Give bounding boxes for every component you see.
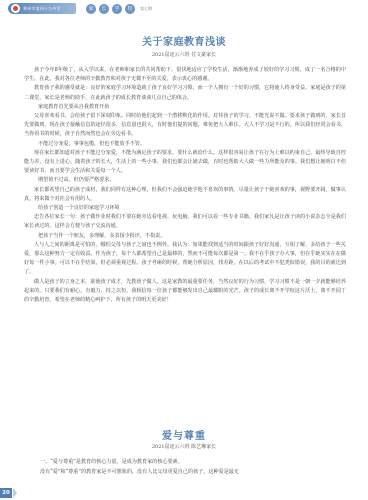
article2-byline: 2021届途云六班 陈艺琳家长 [0, 443, 368, 450]
section-heading: 家庭教育首先要从自我教育开始 [24, 103, 346, 112]
paragraph: 人与人之间的距离是可怕的，哪怕父母与孩子之间也不例外。我认为：如果能找到适当的时… [24, 241, 346, 278]
paragraph: 父母喜欢看书，会给孩子留下深刻印象。同时给他们起到一个潜移默化的作用。对待孩子的… [24, 112, 346, 140]
school-logo-icon [11, 4, 20, 13]
section-heading: 把孩子当作一个朋友，多理解，多表扬少批评，不指责。 [24, 232, 346, 241]
badge-xiao: 校 [125, 4, 135, 14]
section-heading: 期望值不过高，但仍要严格要求。 [24, 176, 346, 185]
paragraph: 教育孩子我的感受就是：良好的家庭学习环境造就了孩子良好学习习惯。而一个人拥有一个… [24, 84, 346, 102]
page-number: 20 [0, 488, 12, 498]
text-line: 一、“爱与尊重”是教育的核心力量，是成为教育家的核心要素。 [40, 458, 340, 468]
issue-label: 第七期 [140, 6, 152, 12]
school-name: 郑州市第四十九中学 [23, 6, 61, 12]
section-heading: 不能过分宠爱，事事包揽，但也不能放手不管。 [24, 140, 346, 149]
article-byline: 2021届途云六班 付文豪家长 [0, 51, 368, 58]
article-body: 孩子今年8年级了，从入学以来，在老师和家长的共同帮助下，很快地适应了学校生活，渐… [24, 66, 346, 305]
section-heading: 给孩子创造一个良好的家庭学习环境 [24, 204, 346, 213]
paragraph: 做人是孩子的立身之本，欲使孩子成才，先教孩子做人。这是家教的最重要任务，当然良好… [24, 278, 346, 306]
article2-title: 爱与尊重 [0, 427, 368, 442]
page-arrow-icon [13, 488, 17, 498]
text-line: 没有“爱”和“尊重”的教育家是不可想象的，没有人比父母更爱自己的孩子，这种爱是最… [40, 468, 340, 478]
paragraph: 家长都希望自己的孩子成材，我们同样有这种心理，但我们不会强迫她学他不喜欢的事情。… [24, 186, 346, 204]
article-title: 关于家庭教育浅谈 [0, 33, 368, 48]
badge-xue: 学 [112, 4, 122, 14]
page-header: 郑州市第四十九中学 家 长 学 校 第七期 [8, 3, 152, 14]
paragraph: 孩子今年8年级了，从入学以来，在老师和家长的共同帮助下，很快地适应了学校生活，渐… [24, 66, 346, 84]
paragraph: 现在家长都知道对孩子不能过分宠爱，不能为满足孩子的要求，要什么就给什么。这样很容… [24, 149, 346, 177]
paragraph: 忠告各位家长一句：孩子做作业时我们不要在她旁边看电视、玩电脑。我们可以看一些专业… [24, 213, 346, 231]
column-badges: 家 长 学 校 第七期 [86, 4, 152, 14]
school-logo-banner: 郑州市第四十九中学 [8, 3, 76, 14]
badge-zhang: 长 [99, 4, 109, 14]
badge-jia: 家 [86, 4, 96, 14]
article2-body: 一、“爱与尊重”是教育的核心力量，是成为教育家的核心要素。 没有“爱”和“尊重”… [40, 458, 340, 477]
